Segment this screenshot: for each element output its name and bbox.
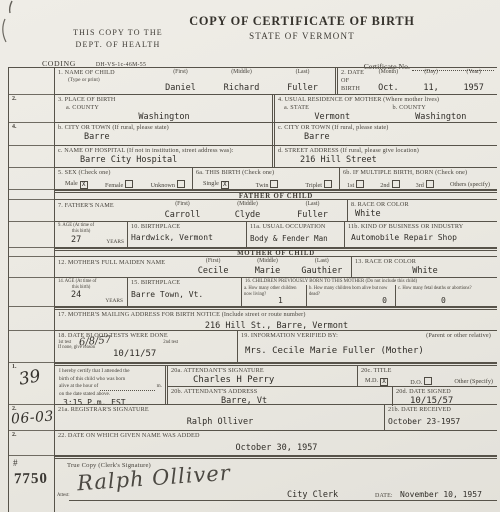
date-received-label: 21b. DATE RECEIVED bbox=[388, 406, 495, 414]
value-child-first: Daniel bbox=[150, 83, 211, 93]
value-date-received: October 23-1957 bbox=[388, 414, 495, 426]
row-place-residence: 3. PLACE OF BIRTH a. COUNTY Washington 4… bbox=[55, 95, 497, 123]
row-name-added: 22. DATE ON WHICH GIVEN NAME WAS ADDED O… bbox=[55, 431, 497, 456]
father-industry-label: 11b. KIND OF BUSINESS OR INDUSTRY bbox=[348, 223, 495, 231]
value-residence-city: Barre bbox=[278, 132, 495, 142]
twin-checkbox bbox=[270, 180, 278, 188]
father-race-label: 8. RACE OR COLOR bbox=[351, 201, 495, 209]
value-mother-first: Cecile bbox=[186, 266, 240, 276]
mailing-address-label: 17. MOTHER'S MAILING ADDRESS FOR BIRTH N… bbox=[58, 311, 495, 319]
left-margin-column: 2. 4. 1. 39 2. 06-03 2. # bbox=[8, 68, 55, 512]
margin-cell: 4. bbox=[9, 123, 54, 146]
field-label: 1. NAME OF CHILD (Type or print) bbox=[58, 69, 150, 94]
row-registrar: 21a. REGISTRAR'S SIGNATURE Ralph Olliver… bbox=[55, 405, 497, 431]
first-header: (First) bbox=[150, 69, 211, 75]
value-father-race: White bbox=[351, 209, 495, 219]
field-mother-name: 12. MOTHER'S FULL MAIDEN NAME (First)Cec… bbox=[55, 257, 352, 277]
margin-cell bbox=[9, 278, 54, 307]
do-checkbox bbox=[424, 377, 432, 385]
value-hospital: Barre City Hospital bbox=[58, 155, 270, 165]
row-father-details: 9. AGE (At time of this birth) 27 YEARS … bbox=[55, 222, 497, 248]
value-father-first: Carroll bbox=[150, 210, 215, 220]
value-attendant-address: Barre, Vt bbox=[171, 396, 390, 406]
mother-name-label: 12. MOTHER'S FULL MAIDEN NAME bbox=[58, 258, 186, 277]
certify-line3: alive at the hour of bbox=[59, 383, 98, 391]
value-name-added: October 30, 1957 bbox=[58, 440, 495, 453]
row-attendant: I hereby certify that I attended the bir… bbox=[55, 363, 497, 405]
value-mother-age: 24 bbox=[71, 290, 81, 300]
row-city: b. CITY OR TOWN (If rural, please state)… bbox=[55, 123, 497, 146]
field-multiple-birth: 6b. IF MULTIPLE BIRTH, BORN (Check one) … bbox=[340, 168, 497, 189]
unknown-option-label: Unknown bbox=[151, 182, 175, 189]
handwritten-06-03: 06-03 bbox=[10, 409, 54, 428]
third-option-label: 3rd bbox=[416, 182, 424, 189]
value-father-age: 27 bbox=[71, 235, 81, 245]
month-header: (Month) bbox=[367, 69, 410, 75]
field-date-received: 21b. DATE RECEIVED October 23-1957 bbox=[385, 405, 497, 430]
row-name-date: 1. NAME OF CHILD (Type or print) (First)… bbox=[55, 68, 497, 95]
value-residence-county: Washington bbox=[387, 112, 496, 122]
value-birth-year: 1957 bbox=[452, 83, 495, 93]
residence-county-label: b. COUNTY bbox=[387, 104, 496, 112]
page-subtitle: STATE OF VERMONT bbox=[152, 31, 452, 41]
field-certification-statement: I hereby certify that I attended the bir… bbox=[55, 366, 168, 404]
field-mother-age: 14. AGE (At time of this birth) 24 YEARS bbox=[55, 278, 128, 306]
children-living-label: a. How many other children now living? bbox=[244, 286, 304, 297]
unknown-checkbox bbox=[177, 180, 185, 188]
clerk-date-label: DATE: bbox=[375, 493, 393, 501]
margin-number: 2. bbox=[12, 96, 17, 102]
value-father-industry: Automobile Repair Shop bbox=[348, 231, 495, 242]
value-father-last: Fuller bbox=[280, 210, 345, 220]
value-street-address: 216 Hill Street bbox=[278, 155, 495, 165]
value-birth-city: Barre bbox=[58, 132, 270, 142]
value-blood-test-date: 10/11/57 bbox=[113, 349, 156, 359]
other-specify-label: Other (Specify) bbox=[454, 378, 493, 385]
value-father-middle: Clyde bbox=[215, 210, 280, 220]
attendant-signature-label: 20a. ATTENDANT'S SIGNATURE bbox=[171, 367, 355, 375]
value-mother-race: White bbox=[355, 266, 495, 276]
field-hospital: c. NAME OF HOSPITAL (If not in instituti… bbox=[55, 146, 275, 167]
value-verified-by: Mrs. Cecile Marie Fuller (Mother) bbox=[241, 340, 495, 356]
certify-line4: on the date stated above. bbox=[59, 391, 162, 399]
row-father-name: 7. FATHER'S NAME (First)Carroll (Middle)… bbox=[55, 200, 497, 222]
margin-cell bbox=[9, 257, 54, 278]
triplet-checkbox bbox=[324, 180, 332, 188]
day-header: (Day) bbox=[410, 69, 453, 75]
value-child-last: Fuller bbox=[272, 83, 333, 93]
page-title: COPY OF CERTIFICATE OF BIRTH bbox=[152, 14, 452, 29]
street-address-label: d. STREET ADDRESS (If rural, please give… bbox=[278, 147, 495, 155]
field-street-address: d. STREET ADDRESS (If rural, please give… bbox=[275, 146, 497, 167]
registrar-signature-label: 21a. REGISTRAR'S SIGNATURE bbox=[58, 406, 382, 414]
father-name-label: 7. FATHER'S NAME bbox=[58, 201, 150, 221]
twin-option-label: Twin bbox=[256, 182, 269, 189]
field-blood-tests: 18. DATE BLOOD TESTS WERE DONE 1st test … bbox=[55, 331, 238, 362]
subfield-children-dead: b. How many children born alive but now … bbox=[307, 285, 396, 306]
md-checkbox: X bbox=[380, 378, 388, 386]
margin-cell-stamp: # 7750 bbox=[9, 456, 54, 512]
field-name-added: 22. DATE ON WHICH GIVEN NAME WAS ADDED O… bbox=[55, 431, 497, 455]
margin-cell bbox=[9, 331, 54, 363]
field-verified-by: 19. INFORMATION VERIFIED BY: (Parent or … bbox=[238, 331, 497, 362]
hospital-label: c. NAME OF HOSPITAL (If not in instituti… bbox=[58, 147, 270, 155]
triplet-option-label: Triplet bbox=[305, 182, 322, 189]
type-or-print-note: (Type or print) bbox=[58, 77, 150, 83]
verified-by-label: 19. INFORMATION VERIFIED BY: bbox=[241, 332, 338, 340]
value-children-living: 1 bbox=[278, 296, 283, 305]
md-option-label: M.D. bbox=[365, 377, 378, 384]
last-header: (Last) bbox=[272, 69, 333, 75]
row-mailing-address: 17. MOTHER'S MAILING ADDRESS FOR BIRTH N… bbox=[55, 307, 497, 331]
middle-header: (Middle) bbox=[211, 69, 272, 75]
margin-number: 4. bbox=[12, 124, 17, 130]
copy-note-line2: DEPT. OF HEALTH bbox=[58, 39, 178, 51]
state-label: a. STATE bbox=[278, 104, 387, 112]
field-attendant-title: 20c. TITLE M.D.X D.O. Other (Specify) bbox=[358, 366, 497, 386]
value-fetal-deaths: 0 bbox=[441, 296, 446, 305]
value-child-middle: Richard bbox=[211, 83, 272, 93]
male-checkbox: X bbox=[80, 181, 88, 189]
city-clerk-label: City Clerk bbox=[287, 490, 338, 500]
margin-cell bbox=[9, 68, 54, 95]
signature-baseline bbox=[69, 500, 497, 501]
handwritten-39: 39 bbox=[17, 366, 42, 389]
field-father-industry: 11b. KIND OF BUSINESS OR INDUSTRY Automo… bbox=[345, 222, 497, 247]
residence-city-label: c. CITY OR TOWN (If rural, please state) bbox=[278, 124, 495, 132]
field-father-age: 9. AGE (At time of this birth) 27 YEARS bbox=[55, 222, 128, 247]
fetal-deaths-label: c. How many fetal deaths or abortions? bbox=[398, 286, 495, 292]
second-checkbox bbox=[392, 180, 400, 188]
mother-race-label: 13. RACE OR COLOR bbox=[355, 258, 495, 266]
field-residence-city: c. CITY OR TOWN (If rural, please state)… bbox=[275, 123, 497, 145]
field-father-occupation: 11a. USUAL OCCUPATION Body & Fender Man bbox=[247, 222, 345, 247]
field-registrar-signature: 21a. REGISTRAR'S SIGNATURE Ralph Olliver bbox=[55, 405, 385, 430]
father-section-band: FATHER OF CHILD bbox=[55, 190, 497, 200]
attest-label: Attest: bbox=[57, 493, 70, 499]
children-born-label: 16. CHILDREN PREVIOUSLY BORN TO THIS MOT… bbox=[242, 278, 497, 285]
others-specify-label: Others (specify) bbox=[450, 181, 490, 188]
margin-cell bbox=[9, 190, 54, 200]
field-attendant-address: 20b. ATTENDANT'S ADDRESS Barre, Vt bbox=[168, 387, 393, 406]
usual-residence-label: 4. USUAL RESIDENCE OF MOTHER (Where moth… bbox=[278, 96, 495, 104]
female-checkbox bbox=[125, 180, 133, 188]
field-father-name: 7. FATHER'S NAME (First)Carroll (Middle)… bbox=[55, 200, 348, 221]
field-date-of-birth: 2. DATE OF BIRTH (Month)Oct. (Day)11, (Y… bbox=[338, 68, 497, 94]
form: 1. NAME OF CHILD (Type or print) (First)… bbox=[55, 68, 497, 512]
row-true-copy: True Copy (Clerk's Signature) Attest: Ra… bbox=[55, 456, 497, 512]
stamp-7750: 7750 bbox=[14, 471, 48, 489]
field-attendant-signature: 20a. ATTENDANT'S SIGNATURE Charles H Per… bbox=[168, 366, 358, 386]
margin-cell bbox=[9, 248, 54, 257]
father-birthplace-label: 10. BIRTHPLACE bbox=[131, 223, 244, 231]
name-added-label: 22. DATE ON WHICH GIVEN NAME WAS ADDED bbox=[58, 432, 495, 440]
do-option-label: D.O. bbox=[410, 379, 422, 386]
mother-section-band: MOTHER OF CHILD bbox=[55, 248, 497, 257]
field-mother-birthplace: 15. BIRTHPLACE Barre Town, Vt. bbox=[128, 278, 242, 306]
male-option-label: Male bbox=[65, 180, 78, 187]
value-clerk-date: November 10, 1957 bbox=[400, 490, 482, 499]
field-mailing-address: 17. MOTHER'S MAILING ADDRESS FOR BIRTH N… bbox=[55, 310, 497, 330]
pen-marks-icon bbox=[0, 0, 30, 48]
father-occupation-label: 11a. USUAL OCCUPATION bbox=[250, 223, 342, 231]
row-tests-verified: 18. DATE BLOOD TESTS WERE DONE 1st test … bbox=[55, 331, 497, 363]
name-of-child-label: 1. NAME OF CHILD bbox=[58, 69, 150, 77]
field-father-birthplace: 10. BIRTHPLACE Hardwick, Vermont bbox=[128, 222, 247, 247]
field-children-previously-born: 16. CHILDREN PREVIOUSLY BORN TO THIS MOT… bbox=[242, 278, 497, 306]
value-mother-last: Gauthier bbox=[295, 266, 349, 276]
value-children-dead: 0 bbox=[382, 296, 387, 305]
single-option-label: Single bbox=[203, 180, 219, 187]
margin-number: 2. bbox=[12, 432, 17, 438]
value-birth-county: Washington bbox=[58, 112, 270, 122]
row-mother-name: 12. MOTHER'S FULL MAIDEN NAME (First)Cec… bbox=[55, 257, 497, 278]
date-signed-label: 20d. DATE SIGNED bbox=[396, 388, 495, 396]
field-this-birth: 6a. THIS BIRTH (Check one) SingleX Twin … bbox=[193, 168, 340, 189]
first-checkbox bbox=[356, 180, 364, 188]
value-mother-birthplace: Barre Town, Vt. bbox=[131, 287, 239, 299]
margin-cell-registrar-number: 2. 06-03 bbox=[9, 405, 54, 431]
certificate-page: THIS COPY TO THE DEPT. OF HEALTH COPY OF… bbox=[0, 0, 500, 512]
certify-line2: birth of this child who was born bbox=[59, 376, 162, 384]
father-years-label: YEARS bbox=[106, 239, 124, 245]
margin-cell-attendant-number: 1. 39 bbox=[9, 363, 54, 405]
hash-mark: # bbox=[13, 458, 18, 468]
birth-city-label: b. CITY OR TOWN (If rural, please state) bbox=[58, 124, 270, 132]
certify-line1: I hereby certify that I attended the bbox=[59, 368, 162, 376]
form-body: 2. 4. 1. 39 2. 06-03 2. # bbox=[8, 67, 497, 512]
value-birth-day: 11, bbox=[410, 83, 453, 93]
field-place-of-birth: 3. PLACE OF BIRTH a. COUNTY Washington bbox=[55, 95, 275, 122]
margin-cell bbox=[9, 146, 54, 168]
margin-cell bbox=[9, 307, 54, 331]
value-birth-month: Oct. bbox=[367, 83, 410, 93]
row-hospital-street: c. NAME OF HOSPITAL (If not in instituti… bbox=[55, 146, 497, 168]
row-sex-birth: 5. SEX (Check one) MaleX Female Unknown … bbox=[55, 168, 497, 190]
field-date-signed: 20d. DATE SIGNED 10/15/57 bbox=[393, 387, 497, 406]
field-mother-race: 13. RACE OR COLOR White bbox=[352, 257, 497, 277]
county-label: a. COUNTY bbox=[58, 104, 270, 112]
second-option-label: 2nd bbox=[380, 182, 389, 189]
value-mother-middle: Marie bbox=[240, 266, 294, 276]
sex-label: 5. SEX (Check one) bbox=[58, 169, 190, 177]
value-birth-time: 3:15 P.m. EST bbox=[58, 398, 163, 404]
mother-years-label: YEARS bbox=[105, 298, 123, 304]
second-test-label: 2nd test bbox=[163, 340, 178, 346]
attendant-address-label: 20b. ATTENDANT'S ADDRESS bbox=[171, 388, 390, 396]
certify-m: m. bbox=[157, 383, 162, 391]
margin-cell bbox=[9, 222, 54, 248]
field-usual-residence: 4. USUAL RESIDENCE OF MOTHER (Where moth… bbox=[275, 95, 497, 122]
field-name-of-child: 1. NAME OF CHILD (Type or print) (First)… bbox=[55, 68, 338, 94]
female-option-label: Female bbox=[105, 182, 123, 189]
value-attendant-signature: Charles H Perry bbox=[171, 375, 355, 385]
margin-cell bbox=[9, 200, 54, 222]
field-sex: 5. SEX (Check one) MaleX Female Unknown bbox=[55, 168, 193, 189]
value-father-birthplace: Hardwick, Vermont bbox=[131, 231, 244, 242]
mother-birthplace-label: 15. BIRTHPLACE bbox=[131, 279, 239, 287]
value-registrar-signature: Ralph Olliver bbox=[58, 414, 382, 427]
margin-cell: 2. bbox=[9, 95, 54, 123]
field-birth-city: b. CITY OR TOWN (If rural, please state)… bbox=[55, 123, 275, 145]
margin-number: 1. bbox=[12, 364, 17, 370]
value-father-occupation: Body & Fender Man bbox=[250, 231, 342, 243]
subfield-children-living: a. How many other children now living? 1 bbox=[242, 285, 307, 306]
first-option-label: 1st bbox=[347, 182, 354, 189]
date-of-birth-label: 2. DATE OF BIRTH bbox=[341, 69, 367, 94]
margin-cell: 2. bbox=[9, 431, 54, 456]
single-checkbox: X bbox=[221, 181, 229, 189]
value-date-signed: 10/15/57 bbox=[396, 396, 495, 406]
year-header: (Year) bbox=[452, 69, 495, 75]
margin-cell bbox=[9, 168, 54, 190]
place-of-birth-label: 3. PLACE OF BIRTH bbox=[58, 96, 270, 104]
this-birth-label: 6a. THIS BIRTH (Check one) bbox=[196, 169, 337, 177]
row-mother-details: 14. AGE (At time of this birth) 24 YEARS… bbox=[55, 278, 497, 307]
multiple-birth-label: 6b. IF MULTIPLE BIRTH, BORN (Check one) bbox=[343, 169, 495, 177]
value-residence-state: Vermont bbox=[278, 112, 387, 122]
verified-by-note: (Parent or other relative) bbox=[426, 332, 491, 340]
field-father-race: 8. RACE OR COLOR White bbox=[348, 200, 497, 221]
attendant-title-label: 20c. TITLE bbox=[361, 367, 495, 375]
hour-blank-line bbox=[100, 385, 154, 391]
value-mailing-address: 216 Hill St., Barre, Vermont bbox=[58, 319, 495, 330]
children-dead-label: b. How many children born alive but now … bbox=[309, 286, 393, 297]
subfield-fetal-deaths: c. How many fetal deaths or abortions? 0 bbox=[396, 285, 497, 306]
third-checkbox bbox=[426, 180, 434, 188]
